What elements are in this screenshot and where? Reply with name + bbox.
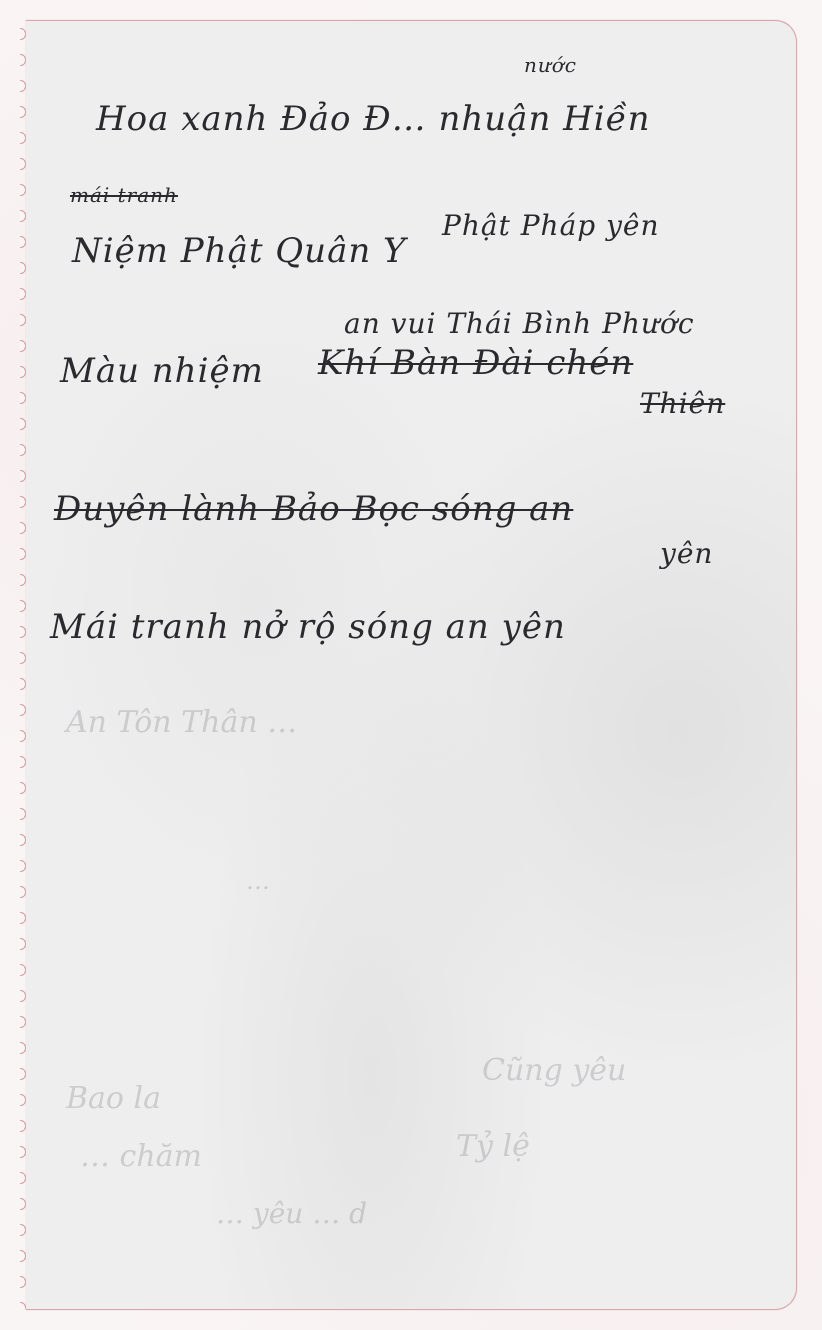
insertion-above-line-1: nước [524,53,577,77]
show-through-text-1: An Tôn Thân … [66,705,297,740]
show-through-text-7: … yêu … d [216,1197,367,1230]
struck-part-line-3: Khí Bàn Đài chén [318,343,633,383]
insertion-right-line-2: Phật Pháp yên [442,209,660,242]
continuation-line-4: yên [660,537,713,570]
handwritten-line-4-struck: Duyên lành Bảo Bọc sóng an [54,489,573,529]
show-through-text-4: Cũng yêu [482,1053,626,1088]
handwritten-line-2: Niệm Phật Quân Y [72,231,407,271]
show-through-text-2: … [246,867,270,895]
struck-word-line-2: mái tranh [70,183,178,207]
handwritten-line-5: Mái tranh nở rộ sóng an yên [50,607,566,647]
notebook-page: nước Hoa xanh Đảo Đ… nhuận Hiền mái tran… [26,20,797,1310]
insertion-above-line-3: an vui Thái Bình Phước [344,307,695,340]
show-through-text-6: Tỷ lệ [456,1129,530,1164]
perforated-edge [20,21,32,1309]
handwritten-line-3: Màu nhiệm [60,351,264,391]
show-through-text-5: … chăm [80,1139,202,1174]
show-through-text-3: Bao la [66,1081,161,1116]
struck-trailing-line-3: Thiên [640,387,725,420]
handwritten-line-1: Hoa xanh Đảo Đ… nhuận Hiền [96,99,651,139]
